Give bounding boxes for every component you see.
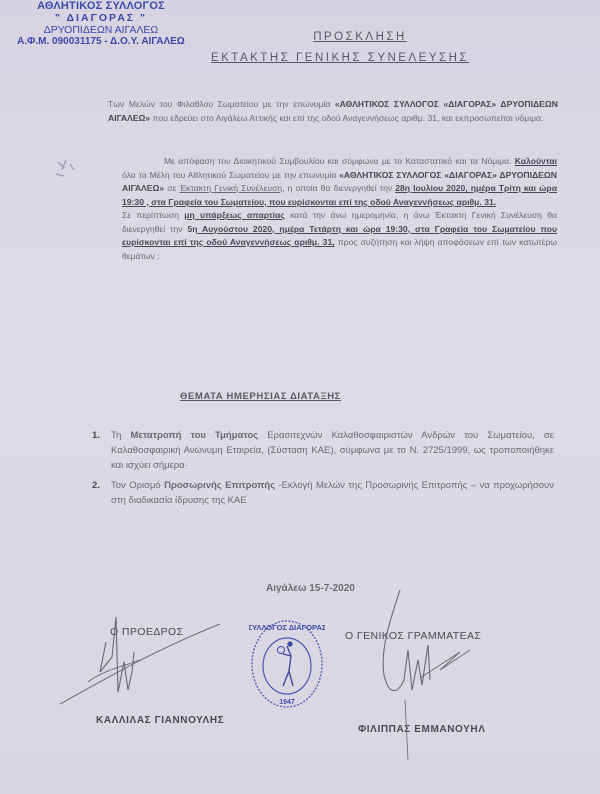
place-and-date: Αιγάλεω 15-7-2020 xyxy=(266,583,355,594)
title-line-1: ΠΡΟΣΚΛΗΣΗ xyxy=(313,31,407,43)
agenda-item: 1. Τη Μετατροπή του Τμήματος Ερασιτεχνών… xyxy=(92,428,554,473)
secretary-signature-icon xyxy=(360,590,480,760)
agenda-item: 2. Τον Ορισμό Προσωρινής Επιτροπής -Εκλο… xyxy=(92,478,554,508)
agenda-item-number: 1. xyxy=(92,428,100,443)
main-text-1: Με απόφαση του Διοικητικού Συμβουλίου κα… xyxy=(164,156,515,166)
stamp-line-2: " ΔΙΑΓΟΡΑΣ " xyxy=(6,12,196,24)
agenda-item-pre: Τη xyxy=(111,430,131,441)
document-subtitle: ΕΚΤΑΚΤΗΣ ΓΕΝΙΚΗΣ ΣΥΝΕΛΕΥΣΗΣ xyxy=(40,52,600,64)
president-signature-icon xyxy=(60,612,220,712)
main-text-3: σε xyxy=(164,183,179,193)
second-meeting-day: 5η xyxy=(187,224,197,234)
intro-paragraph: Των Μελών του Φιλαθλου Σωματείου με την … xyxy=(108,98,558,125)
stamp-line-1: ΑΘΛΗΤΙΚΟΣ ΣΥΛΛΟΓΟΣ xyxy=(6,0,196,12)
agenda-title: ΘΕΜΑΤΑ ΗΜΕΡΗΣΙΑΣ ΔΙΑΤΑΞΗΣ xyxy=(180,391,480,402)
title-line-2: ΕΚΤΑΚΤΗΣ ΓΕΝΙΚΗΣ ΣΥΝΕΛΕΥΣΗΣ xyxy=(211,52,469,64)
main-text-4: , η οποία θα διενεργηθεί την xyxy=(282,183,395,193)
president-name: ΚΑΛΛΙΛΑΣ ΓΙΑΝΝΟΥΛΗΣ xyxy=(96,715,224,726)
agenda-item-bold: Μετατροπή του Τμήματος xyxy=(131,430,259,441)
main-called: Καλούνται xyxy=(515,156,557,166)
agenda-item-bold: Προσωρινής Επιτροπής xyxy=(164,480,275,491)
seal-year: 1947 xyxy=(279,699,295,706)
quorum-clause: μη υπάρξεως απαρτίας xyxy=(184,210,285,220)
intro-text: Των Μελών του Φιλαθλου Σωματείου με την … xyxy=(108,99,335,109)
document-title: ΠΡΟΣΚΛΗΣΗ xyxy=(60,31,600,43)
intro-text-2: που εδρεύει στο Αιγάλεω Αττικής και επί … xyxy=(150,113,543,123)
main-text-5: Σε περίπτωση xyxy=(122,210,184,220)
agenda-list: 1. Τη Μετατροπή του Τμήματος Ερασιτεχνών… xyxy=(92,428,554,513)
document-page: ΑΘΛΗΤΙΚΟΣ ΣΥΛΛΟΓΟΣ " ΔΙΑΓΟΡΑΣ " ΔΡΥΟΠΙΔΕ… xyxy=(0,0,600,794)
main-paragraph: Με απόφαση του Διοικητικού Συμβουλίου κα… xyxy=(122,155,557,263)
ink-smudge-icon xyxy=(52,152,82,180)
main-text-2: όλα τα Μέλη του Αθλητικού Σωματείου με τ… xyxy=(122,170,339,180)
main-assembly: Έκτακτη Γενική Συνέλευση xyxy=(179,183,282,193)
club-seal-stamp-icon: ΣΥΛΛΟΓΟΣ ΔΙΑΓΟΡΑΣ 1947 xyxy=(249,616,325,710)
agenda-item-pre: Τον Ορισμό xyxy=(111,480,164,491)
seal-text: ΣΥΛΛΟΓΟΣ ΔΙΑΓΟΡΑΣ xyxy=(249,623,325,632)
agenda-item-number: 2. xyxy=(92,478,100,493)
